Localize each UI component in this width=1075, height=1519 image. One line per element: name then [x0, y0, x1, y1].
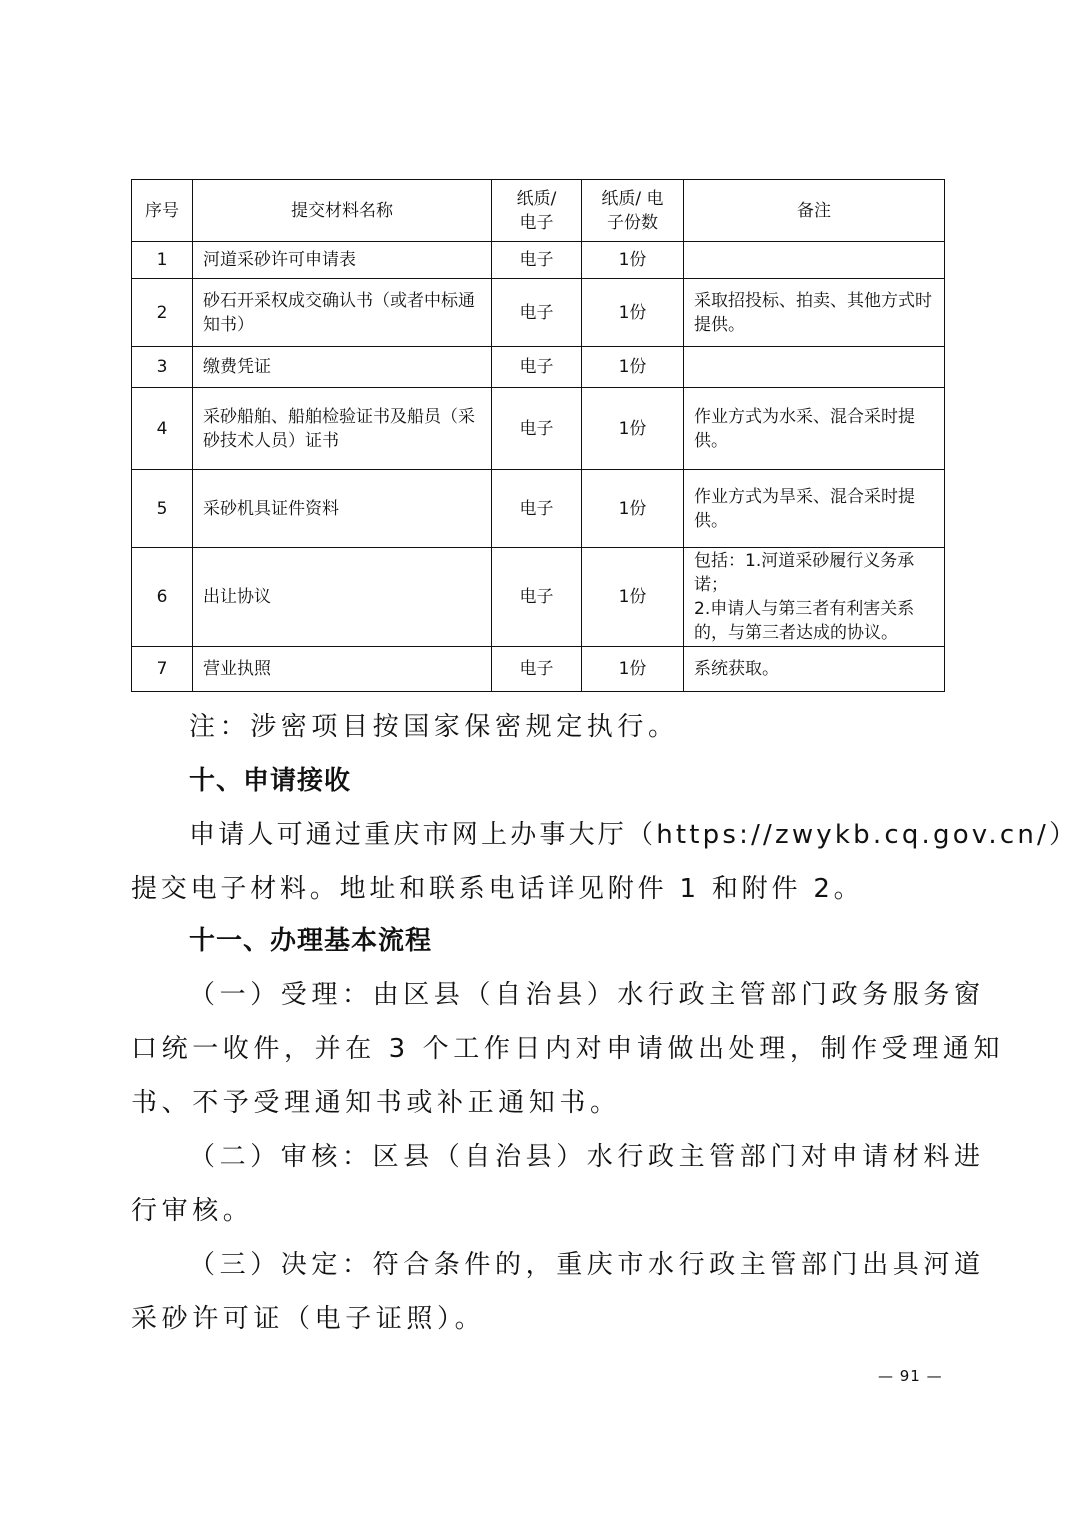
cell-name: 出让协议	[193, 548, 492, 647]
header-note: 备注	[684, 180, 945, 242]
cell-name: 砂石开采权成交确认书（或者中标通知书）	[193, 279, 492, 347]
cell-note: 作业方式为旱采、混合采时提供。	[684, 470, 945, 548]
cell-copies: 1份	[582, 242, 684, 279]
paragraph-line: 采砂许可证（电子证照）。	[131, 1292, 946, 1346]
cell-seq: 5	[132, 470, 193, 548]
cell-type: 电子	[492, 470, 582, 548]
cell-note: 系统获取。	[684, 647, 945, 692]
header-type-line1: 纸质/	[496, 187, 577, 211]
cell-name: 采砂机具证件资料	[193, 470, 492, 548]
cell-seq: 2	[132, 279, 193, 347]
header-seq: 序号	[132, 180, 193, 242]
paragraph-line: （一）受理：由区县（自治县）水行政主管部门政务服务窗	[189, 968, 946, 1022]
cell-note: 包括：1.河道采砂履行义务承诺； 2.申请人与第三者有利害关系的，与第三者达成的…	[684, 548, 945, 647]
cell-seq: 1	[132, 242, 193, 279]
cell-copies: 1份	[582, 470, 684, 548]
cell-copies: 1份	[582, 388, 684, 470]
cell-copies: 1份	[582, 279, 684, 347]
page-number: — 91 —	[878, 1366, 943, 1386]
table-row: 4 采砂船舶、船舶检验证书及船员（采砂技术人员）证书 电子 1份 作业方式为水采…	[132, 388, 945, 470]
header-copies-line1: 纸质/ 电	[586, 187, 679, 211]
paragraph-line: 提交电子材料。地址和联系电话详见附件 1 和附件 2。	[131, 862, 946, 916]
cell-seq: 7	[132, 647, 193, 692]
cell-type: 电子	[492, 347, 582, 388]
section-heading-basic-process: 十一、办理基本流程	[189, 914, 432, 968]
document-page: 序号 提交材料名称 纸质/ 电子 纸质/ 电 子份数 备注 1 河道采砂许可申请…	[0, 0, 1075, 1519]
materials-table: 序号 提交材料名称 纸质/ 电子 纸质/ 电 子份数 备注 1 河道采砂许可申请…	[131, 179, 945, 692]
table-row: 6 出让协议 电子 1份 包括：1.河道采砂履行义务承诺； 2.申请人与第三者有…	[132, 548, 945, 647]
cell-name: 缴费凭证	[193, 347, 492, 388]
table-row: 1 河道采砂许可申请表 电子 1份	[132, 242, 945, 279]
header-type-line2: 电子	[496, 211, 577, 235]
header-copies-line2: 子份数	[586, 211, 679, 235]
cell-name: 采砂船舶、船舶检验证书及船员（采砂技术人员）证书	[193, 388, 492, 470]
table-header-row: 序号 提交材料名称 纸质/ 电子 纸质/ 电 子份数 备注	[132, 180, 945, 242]
cell-type: 电子	[492, 279, 582, 347]
paragraph-line: 口统一收件，并在 3 个工作日内对申请做出处理，制作受理通知	[131, 1022, 946, 1076]
cell-seq: 6	[132, 548, 193, 647]
paragraph-line: （三）决定：符合条件的，重庆市水行政主管部门出具河道	[189, 1238, 946, 1292]
cell-seq: 3	[132, 347, 193, 388]
cell-type: 电子	[492, 647, 582, 692]
cell-seq: 4	[132, 388, 193, 470]
cell-copies: 1份	[582, 347, 684, 388]
cell-name: 河道采砂许可申请表	[193, 242, 492, 279]
cell-type: 电子	[492, 388, 582, 470]
table-row: 3 缴费凭证 电子 1份	[132, 347, 945, 388]
cell-copies: 1份	[582, 548, 684, 647]
header-copies: 纸质/ 电 子份数	[582, 180, 684, 242]
cell-name: 营业执照	[193, 647, 492, 692]
paragraph-line: 书、不予受理通知书或补正通知书。	[131, 1076, 946, 1130]
cell-note	[684, 242, 945, 279]
paragraph-line: （二）审核：区县（自治县）水行政主管部门对申请材料进	[189, 1130, 946, 1184]
cell-copies: 1份	[582, 647, 684, 692]
header-type: 纸质/ 电子	[492, 180, 582, 242]
cell-type: 电子	[492, 242, 582, 279]
header-name: 提交材料名称	[193, 180, 492, 242]
table-row: 2 砂石开采权成交确认书（或者中标通知书） 电子 1份 采取招投标、拍卖、其他方…	[132, 279, 945, 347]
cell-note: 作业方式为水采、混合采时提供。	[684, 388, 945, 470]
paragraph-line: 申请人可通过重庆市网上办事大厅（https://zwykb.cq.gov.cn/…	[189, 808, 946, 862]
table-row: 5 采砂机具证件资料 电子 1份 作业方式为旱采、混合采时提供。	[132, 470, 945, 548]
cell-note	[684, 347, 945, 388]
cell-type: 电子	[492, 548, 582, 647]
table-row: 7 营业执照 电子 1份 系统获取。	[132, 647, 945, 692]
confidential-note: 注：涉密项目按国家保密规定执行。	[189, 700, 946, 754]
cell-note: 采取招投标、拍卖、其他方式时提供。	[684, 279, 945, 347]
paragraph-line: 行审核。	[131, 1184, 946, 1238]
section-heading-application-receipt: 十、申请接收	[189, 754, 351, 808]
